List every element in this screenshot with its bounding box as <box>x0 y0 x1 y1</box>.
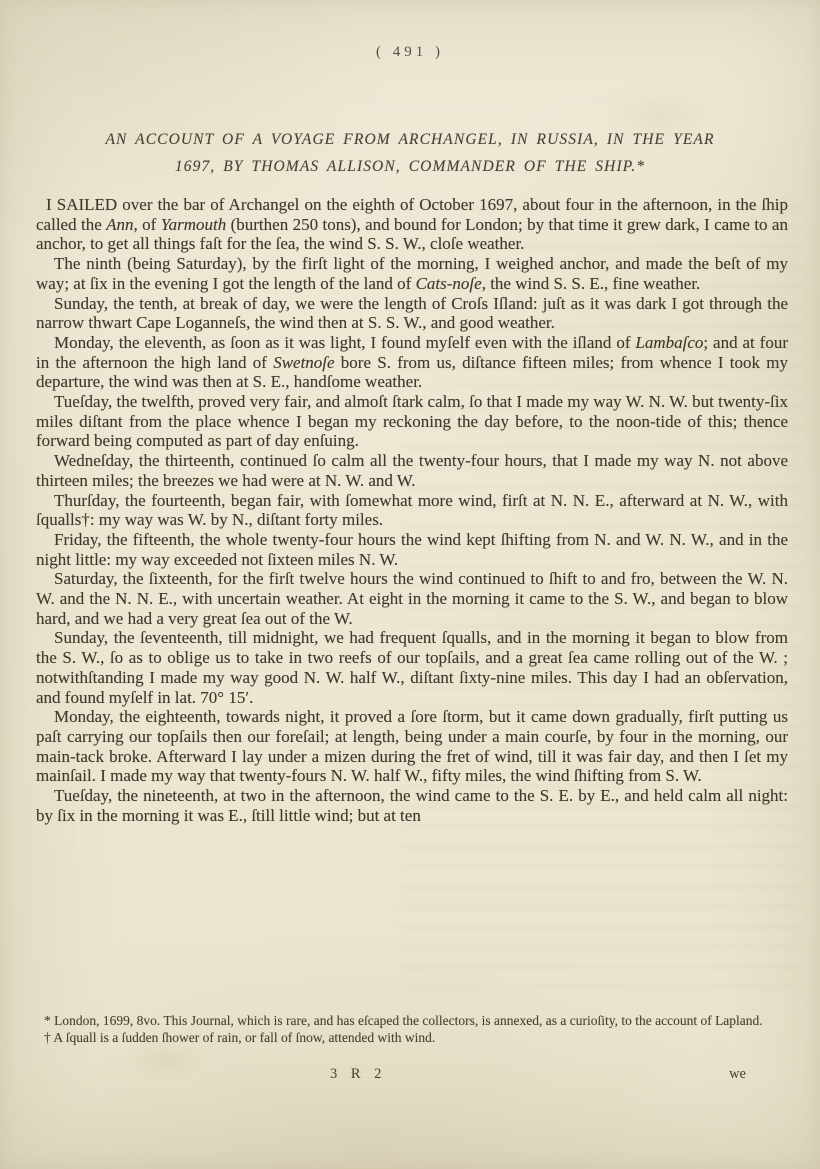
paper-stain <box>120 1040 210 1080</box>
body-paragraph: Monday, the eleventh, as ſoon as it was … <box>36 333 788 392</box>
body-paragraph: Monday, the eighteenth, towards night, i… <box>36 707 788 786</box>
footnotes: * London, 1699, 8vo. This Journal, which… <box>36 1012 788 1046</box>
signature-mark: 3 R 2 <box>330 1066 386 1083</box>
body-paragraph: Wedneſday, the thirteenth, continued ſo … <box>36 451 788 490</box>
article-title-line-2: 1697, BY THOMAS ALLISON, COMMANDER OF TH… <box>30 153 790 180</box>
footnote: * London, 1699, 8vo. This Journal, which… <box>36 1012 788 1029</box>
body-text: I SAILED over the bar of Archangel on th… <box>36 195 788 826</box>
body-paragraph: Sunday, the ſeventeenth, till midnight, … <box>36 628 788 707</box>
article-title: AN ACCOUNT OF A VOYAGE FROM ARCHANGEL, I… <box>30 126 790 180</box>
body-paragraph: Saturday, the ſixteenth, for the firſt t… <box>36 569 788 628</box>
catchword: we <box>690 1066 746 1083</box>
body-paragraph: Thurſday, the fourteenth, began fair, wi… <box>36 491 788 530</box>
scanned-book-page: ( 491 ) AN ACCOUNT OF A VOYAGE FROM ARCH… <box>0 0 820 1169</box>
footnote: † A ſquall is a ſudden ſhower of rain, o… <box>36 1029 788 1046</box>
body-paragraph: Tueſday, the twelfth, proved very fair, … <box>36 392 788 451</box>
body-paragraph: I SAILED over the bar of Archangel on th… <box>36 195 788 254</box>
article-title-line-1: AN ACCOUNT OF A VOYAGE FROM ARCHANGEL, I… <box>30 126 790 153</box>
page-number: ( 491 ) <box>0 44 820 61</box>
body-paragraph: Sunday, the tenth, at break of day, we w… <box>36 294 788 333</box>
body-paragraph: Friday, the fifteenth, the whole twenty-… <box>36 530 788 569</box>
body-paragraph: The ninth (being Saturday), by the firſt… <box>36 254 788 293</box>
body-paragraph: Tueſday, the nineteenth, at two in the a… <box>36 786 788 825</box>
